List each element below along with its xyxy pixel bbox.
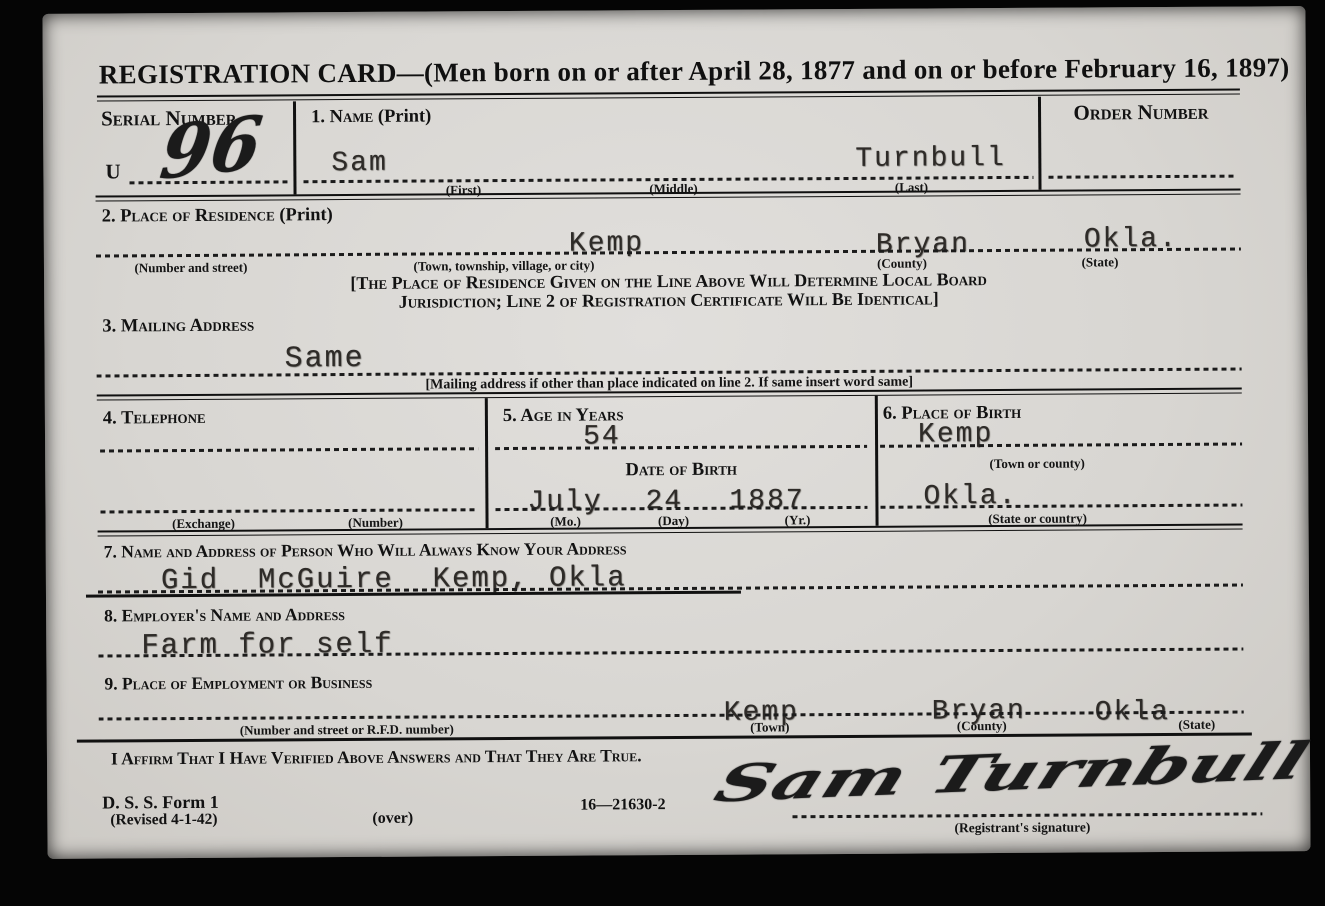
employment-county-label: (County) bbox=[957, 718, 1007, 734]
title-rule bbox=[97, 89, 1240, 102]
employment-street-label: (Number and street or R.F.D. number) bbox=[240, 721, 454, 738]
name-first-value: Sam bbox=[331, 148, 388, 179]
divider-telephone-age bbox=[485, 398, 488, 528]
dob-label: Date of Birth bbox=[495, 459, 867, 482]
employment-label: 9. Place of Employment or Business bbox=[104, 672, 372, 695]
employment-town-label: (Town) bbox=[750, 719, 789, 735]
divider-name-order bbox=[1038, 97, 1041, 190]
mailing-value: Same bbox=[284, 342, 364, 376]
print-code: 16—21630-2 bbox=[580, 796, 665, 815]
contact-label: 7. Name and Address of Person Who Will A… bbox=[104, 538, 627, 562]
affirmation-text: I Affirm That I Have Verified Above Answ… bbox=[111, 745, 642, 769]
divider-age-birth bbox=[875, 396, 878, 526]
residence-label: 2. Place of Residence (Print) bbox=[102, 205, 333, 227]
signature-label: (Registrant's signature) bbox=[954, 819, 1090, 836]
mailing-label: 3. Mailing Address bbox=[102, 316, 254, 338]
over-note: (over) bbox=[372, 810, 413, 828]
order-entry-line bbox=[1048, 175, 1236, 179]
serial-prefix: U bbox=[105, 159, 120, 184]
employment-state-label: (State) bbox=[1178, 717, 1215, 733]
scan-background: REGISTRATION CARD—(Men born on or after … bbox=[0, 0, 1325, 906]
card-title: REGISTRATION CARD—(Men born on or after … bbox=[99, 52, 1290, 90]
serial-number-value: 96 bbox=[156, 98, 267, 196]
age-entry-line bbox=[495, 445, 867, 450]
telephone-line-1 bbox=[100, 447, 478, 452]
name-last-value: Turnbull bbox=[855, 143, 1006, 175]
registrant-signature: Sam Turnbull bbox=[707, 730, 1316, 813]
name-label: 1. Name (Print) bbox=[311, 106, 431, 128]
signature-line bbox=[792, 812, 1262, 817]
form-revision: (Revised 4-1-42) bbox=[110, 811, 217, 830]
employer-value: Farm for self bbox=[141, 628, 393, 663]
residence-town-value: Kemp bbox=[569, 228, 644, 259]
employment-entry-line bbox=[99, 711, 1244, 721]
registration-card: REGISTRATION CARD—(Men born on or after … bbox=[42, 6, 1310, 859]
telephone-label: 4. Telephone bbox=[103, 408, 206, 430]
order-number-label: Order Number bbox=[1043, 100, 1239, 126]
divider-serial-name bbox=[293, 101, 296, 194]
birth-town-label: (Town or county) bbox=[989, 456, 1084, 473]
telephone-line-2 bbox=[100, 508, 478, 513]
residence-entry-line bbox=[96, 248, 1241, 258]
employer-label: 8. Employer's Name and Address bbox=[104, 604, 345, 626]
